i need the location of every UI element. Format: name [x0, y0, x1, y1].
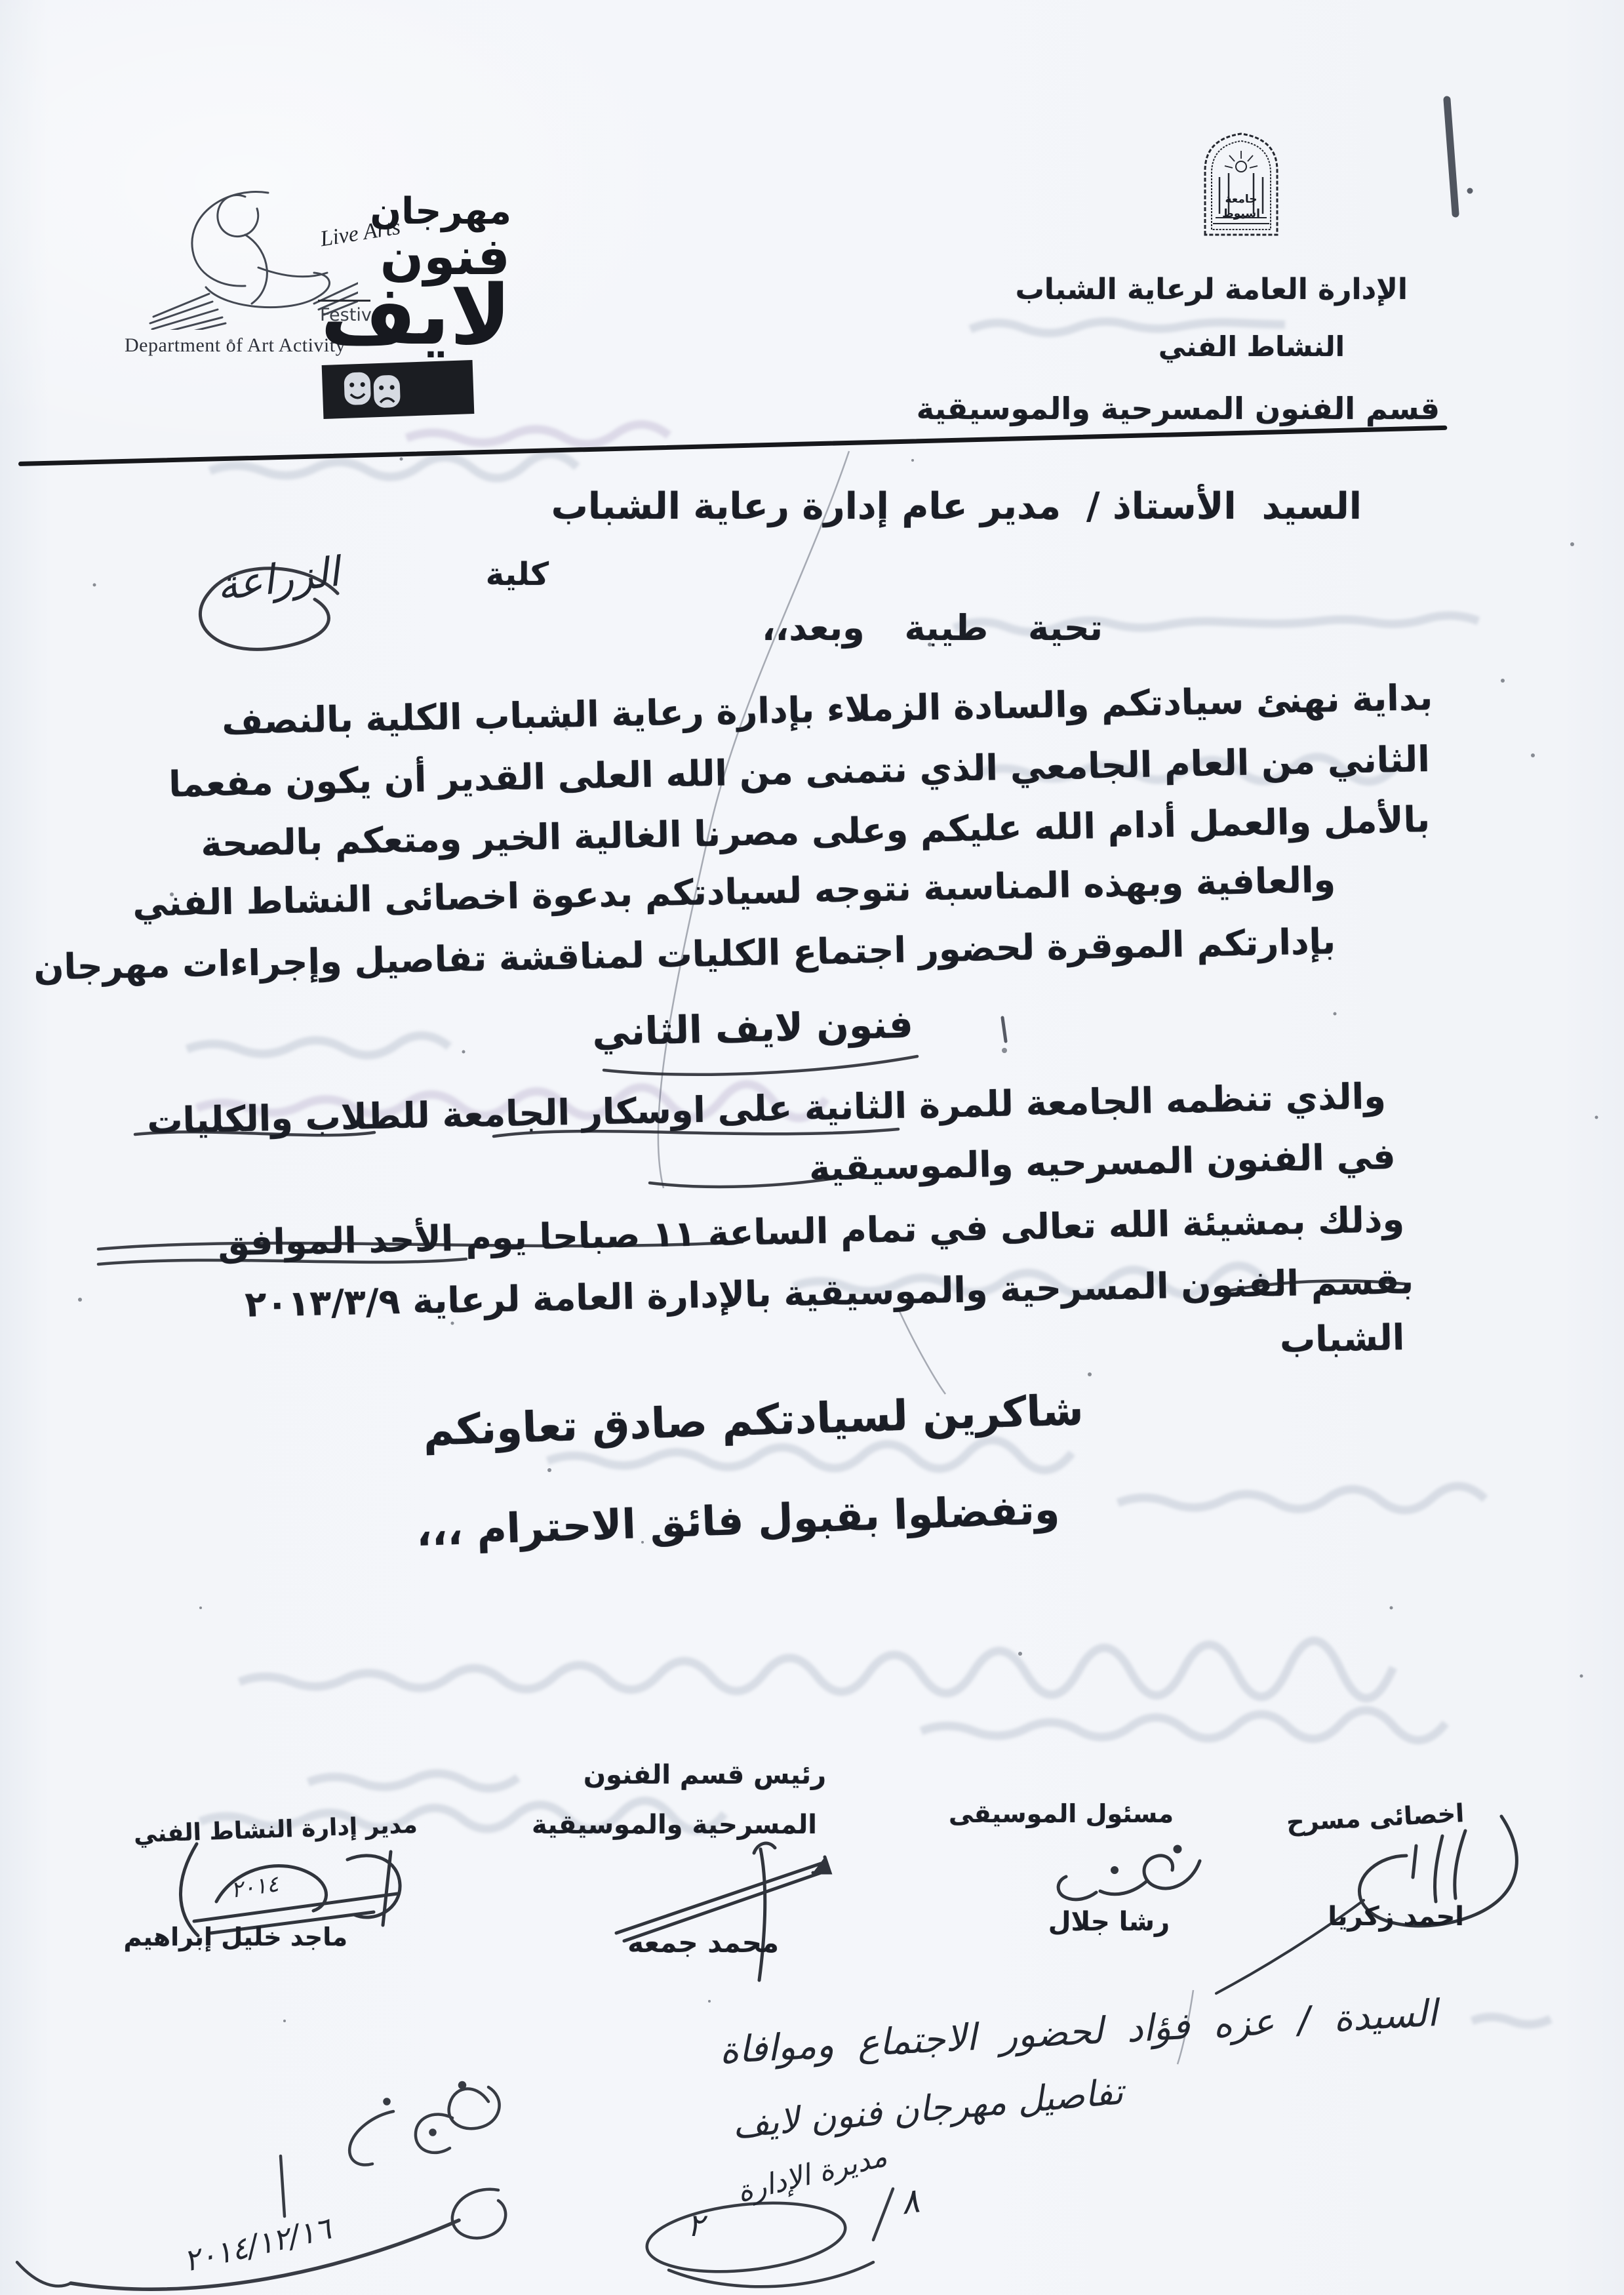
- signature1-name: احمد زكريا: [1328, 1902, 1464, 1932]
- side-date-handwritten: ٢٠١٤/١٢/١٦: [180, 2210, 334, 2279]
- body-paragraph1-line2: الثاني من العام الجامعي الذي نتمنى من ال…: [168, 738, 1431, 805]
- signature-activity-director: [180, 1844, 400, 1936]
- body-paragraph1-line4: والعافية وبهذه المناسبة نتوجه لسيادتكم ب…: [132, 859, 1336, 925]
- signature1-title: اخصائى مسرح: [1286, 1799, 1465, 1837]
- salutation-line: السيد الأستاذ / مدير عام إدارة رعاية الش…: [551, 485, 1362, 528]
- approval-oval-annotation: [644, 2189, 893, 2286]
- scanned-letter-page: Department of Art Activity Live Arts Fes…: [0, 0, 1624, 2295]
- festival-logo-line1: مهرجان: [370, 195, 511, 229]
- body-paragraph1-line3: بالأمل والعمل أدام الله عليكم وعلى مصرنا…: [201, 799, 1431, 865]
- circled-number: ٢: [687, 2207, 704, 2244]
- body-paragraph2-line2: في الفنون المسرحيه والموسيقية: [808, 1136, 1396, 1189]
- signature4-year-handwritten: ٢٠١٤: [229, 1871, 281, 1904]
- body-paragraph2-line3: وذلك بمشيئة الله تعالى في تمام الساعة ١١…: [218, 1199, 1405, 1264]
- pen-mark-top-right: [1447, 100, 1473, 214]
- signature2-title: مسئول الموسيقى: [949, 1799, 1174, 1828]
- festival-name-title: فنون لايف الثاني: [585, 1001, 921, 1054]
- body-paragraph1-line1: بداية نهنئ سيادتكم والسادة الزملاء بإدار…: [222, 677, 1433, 742]
- signature4-title: مدير إدارة النشاط الفني: [134, 1811, 418, 1848]
- margin-number: ٨: [898, 2181, 922, 2222]
- org-line-general-administration: الإدارة العامة لرعاية الشباب: [1016, 273, 1408, 306]
- signature3-title2: المسرحية والموسيقية: [532, 1810, 817, 1840]
- emblem-text-top: جامعة: [1200, 193, 1282, 206]
- college-name-handwritten: الزراعة: [214, 548, 342, 610]
- handwritten-note-line1: السيدة / عزه فؤاد لحضور الاجتماع وموافاة: [719, 1992, 1438, 2072]
- body-paragraph2-line1: والذي تنظمه الجامعة للمرة الثانية على او…: [147, 1075, 1387, 1142]
- festival-logo-line3: لايف: [321, 277, 511, 353]
- emblem-text-bottom: اسيوط: [1200, 207, 1282, 220]
- festival-logo-masks-strip: [322, 360, 475, 419]
- festival-logo: Live Arts Festival مهرجان فنون لايف: [315, 193, 511, 420]
- greeting-line: تحية طيبة وبعد،،: [762, 607, 1103, 649]
- body-paragraph1-line5: بإدارتكم الموقرة لحضور اجتماع الكليات لم…: [33, 921, 1336, 988]
- org-line-theater-music-dept: قسم الفنون المسرحية والموسيقية: [917, 391, 1440, 426]
- body-paragraph2-line4: بقسم الفنون المسرحية والموسيقية بالإدارة…: [245, 1260, 1414, 1325]
- closing-line1: شاكرين لسيادتكم صادق تعاونكم: [343, 1384, 1164, 1458]
- college-label: كلية: [486, 556, 549, 593]
- theater-masks-icon: [334, 367, 414, 413]
- org-line-art-activity: النشاط الفني: [1159, 330, 1345, 363]
- signature-music-supervisor: [1058, 1846, 1200, 1900]
- stray-ink-dash: [1002, 1018, 1006, 1041]
- signature4-name: ماجد خليل إبراهيم: [123, 1923, 347, 1951]
- closing-line2: وتفضلوا بقبول فائق الاحترام ،،،: [368, 1483, 1107, 1557]
- university-emblem-icon: [1200, 130, 1282, 238]
- signature3-title: رئيس قسم الفنون: [584, 1760, 826, 1790]
- signature3-name: محمد جمعه: [627, 1926, 779, 1959]
- handwritten-note-line2: تفاصيل مهرجان فنون لايف: [731, 2071, 1125, 2146]
- header-divider: [18, 426, 1447, 466]
- body-paragraph2-line5: الشباب: [1279, 1317, 1405, 1361]
- handwritten-note-signoff: مديرة الإدارة: [734, 2140, 890, 2209]
- signature-arts-dept-head: [616, 1843, 830, 1980]
- signature2-name: رشا جلال: [1048, 1907, 1170, 1937]
- university-emblem: جامعة اسيوط: [1200, 130, 1282, 238]
